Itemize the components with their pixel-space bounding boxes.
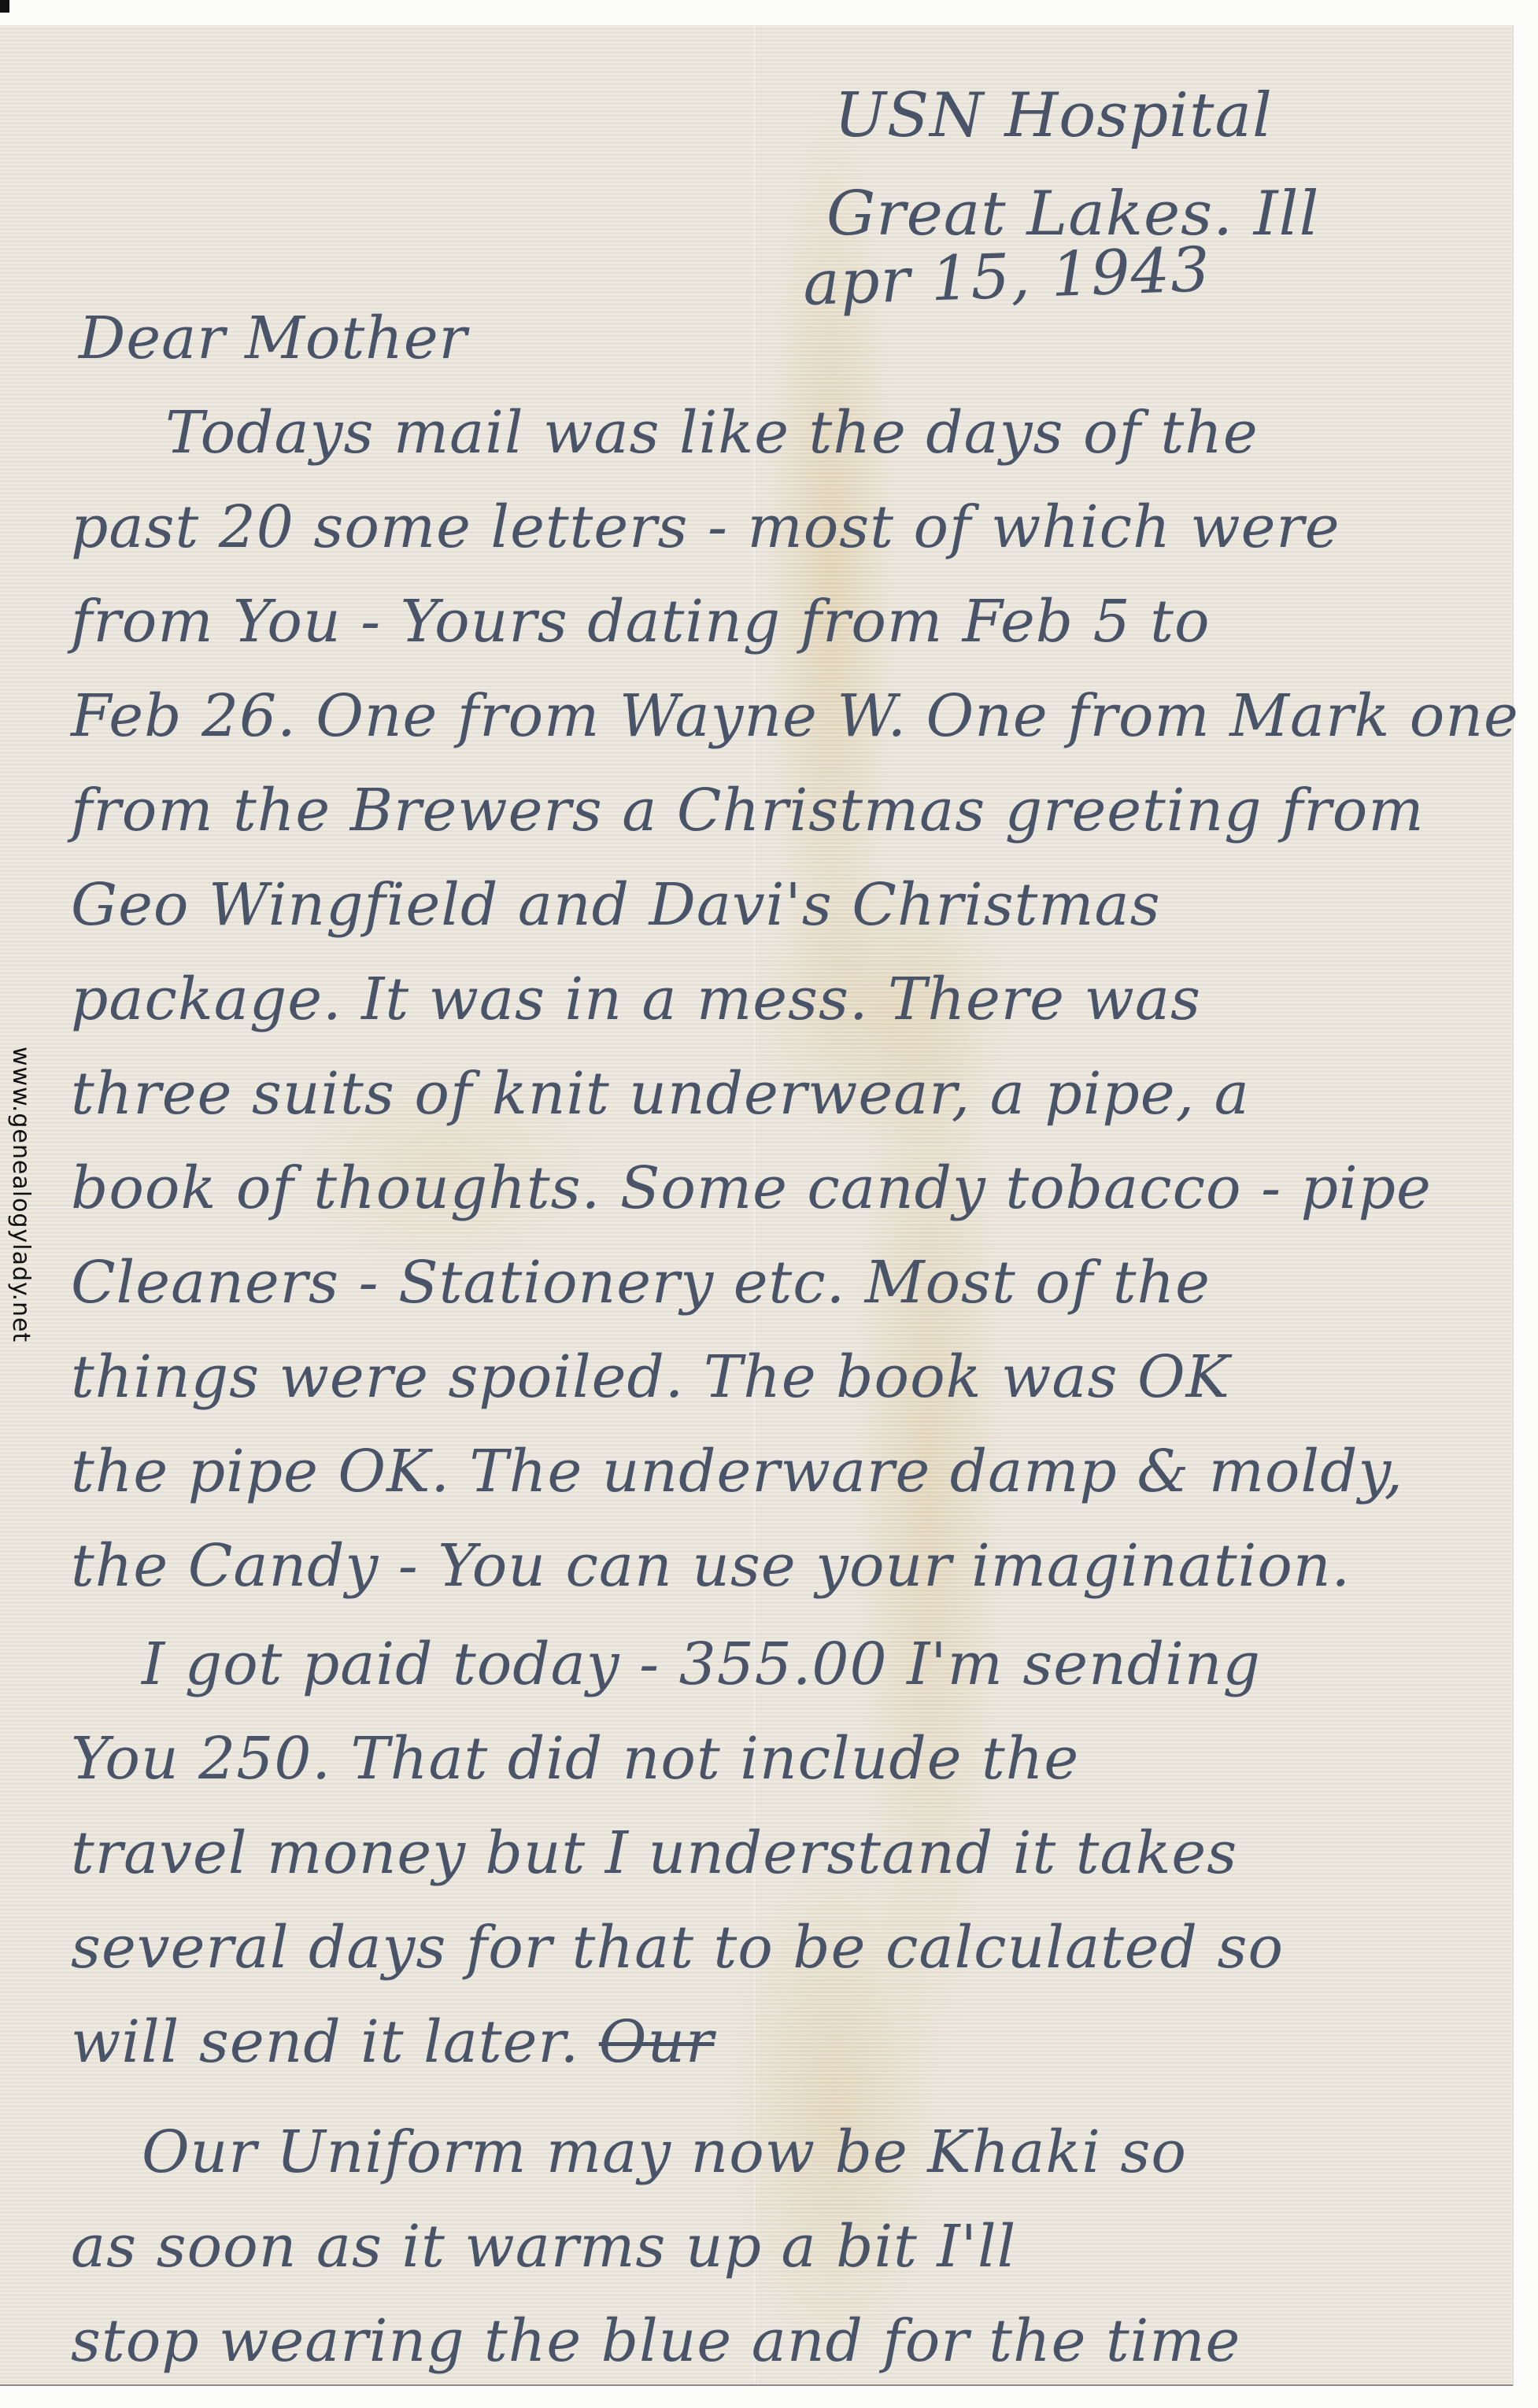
body-line: past 20 some letters - most of which wer… xyxy=(71,493,1340,561)
body-line: things were spoiled. The book was OK xyxy=(71,1343,1230,1411)
body-line: package. It was in a mess. There was xyxy=(71,966,1201,1033)
body-line: the pipe OK. The underware damp & moldy, xyxy=(71,1438,1403,1505)
body-line: travel money but I understand it takes xyxy=(71,1819,1237,1887)
body-line: will send it later. Our xyxy=(71,2008,714,2076)
body-line: stop wearing the blue and for the time xyxy=(71,2307,1240,2375)
body-line: Cleaners - Stationery etc. Most of the xyxy=(71,1249,1211,1317)
scan-corner-mark xyxy=(0,0,9,13)
header-address-line-1: USN Hospital xyxy=(834,80,1273,151)
watermark-url: www.genealogylady.net xyxy=(7,1047,35,1342)
salutation: Dear Mother xyxy=(79,305,468,372)
body-line: from the Brewers a Christmas greeting fr… xyxy=(71,777,1425,844)
body-line: Todays mail was like the days of the xyxy=(165,399,1259,467)
body-line-text: will send it later. xyxy=(71,2008,579,2076)
body-line: three suits of knit underwear, a pipe, a xyxy=(71,1060,1250,1128)
body-line: You 250. That did not include the xyxy=(71,1725,1079,1793)
body-line: book of thoughts. Some candy tobacco - p… xyxy=(71,1154,1432,1222)
body-line: the Candy - You can use your imagination… xyxy=(71,1532,1351,1600)
letter-page: USN Hospital Great Lakes. Ill apr 15, 19… xyxy=(0,25,1513,2386)
body-line: from You - Yours dating from Feb 5 to xyxy=(71,588,1211,656)
body-line: Feb 26. One from Wayne W. One from Mark … xyxy=(71,682,1519,750)
header-date: apr 15, 1943 xyxy=(802,235,1212,319)
body-line: Our Uniform may now be Khaki so xyxy=(142,2118,1187,2186)
body-line: as soon as it warms up a bit I'll xyxy=(71,2213,1016,2281)
body-line: Geo Wingfield and Davi's Christmas xyxy=(71,871,1161,939)
body-line: I got paid today - 355.00 I'm sending xyxy=(142,1631,1261,1698)
body-line: several days for that to be calculated s… xyxy=(71,1914,1284,1981)
struck-out-word: Our xyxy=(599,2008,715,2076)
